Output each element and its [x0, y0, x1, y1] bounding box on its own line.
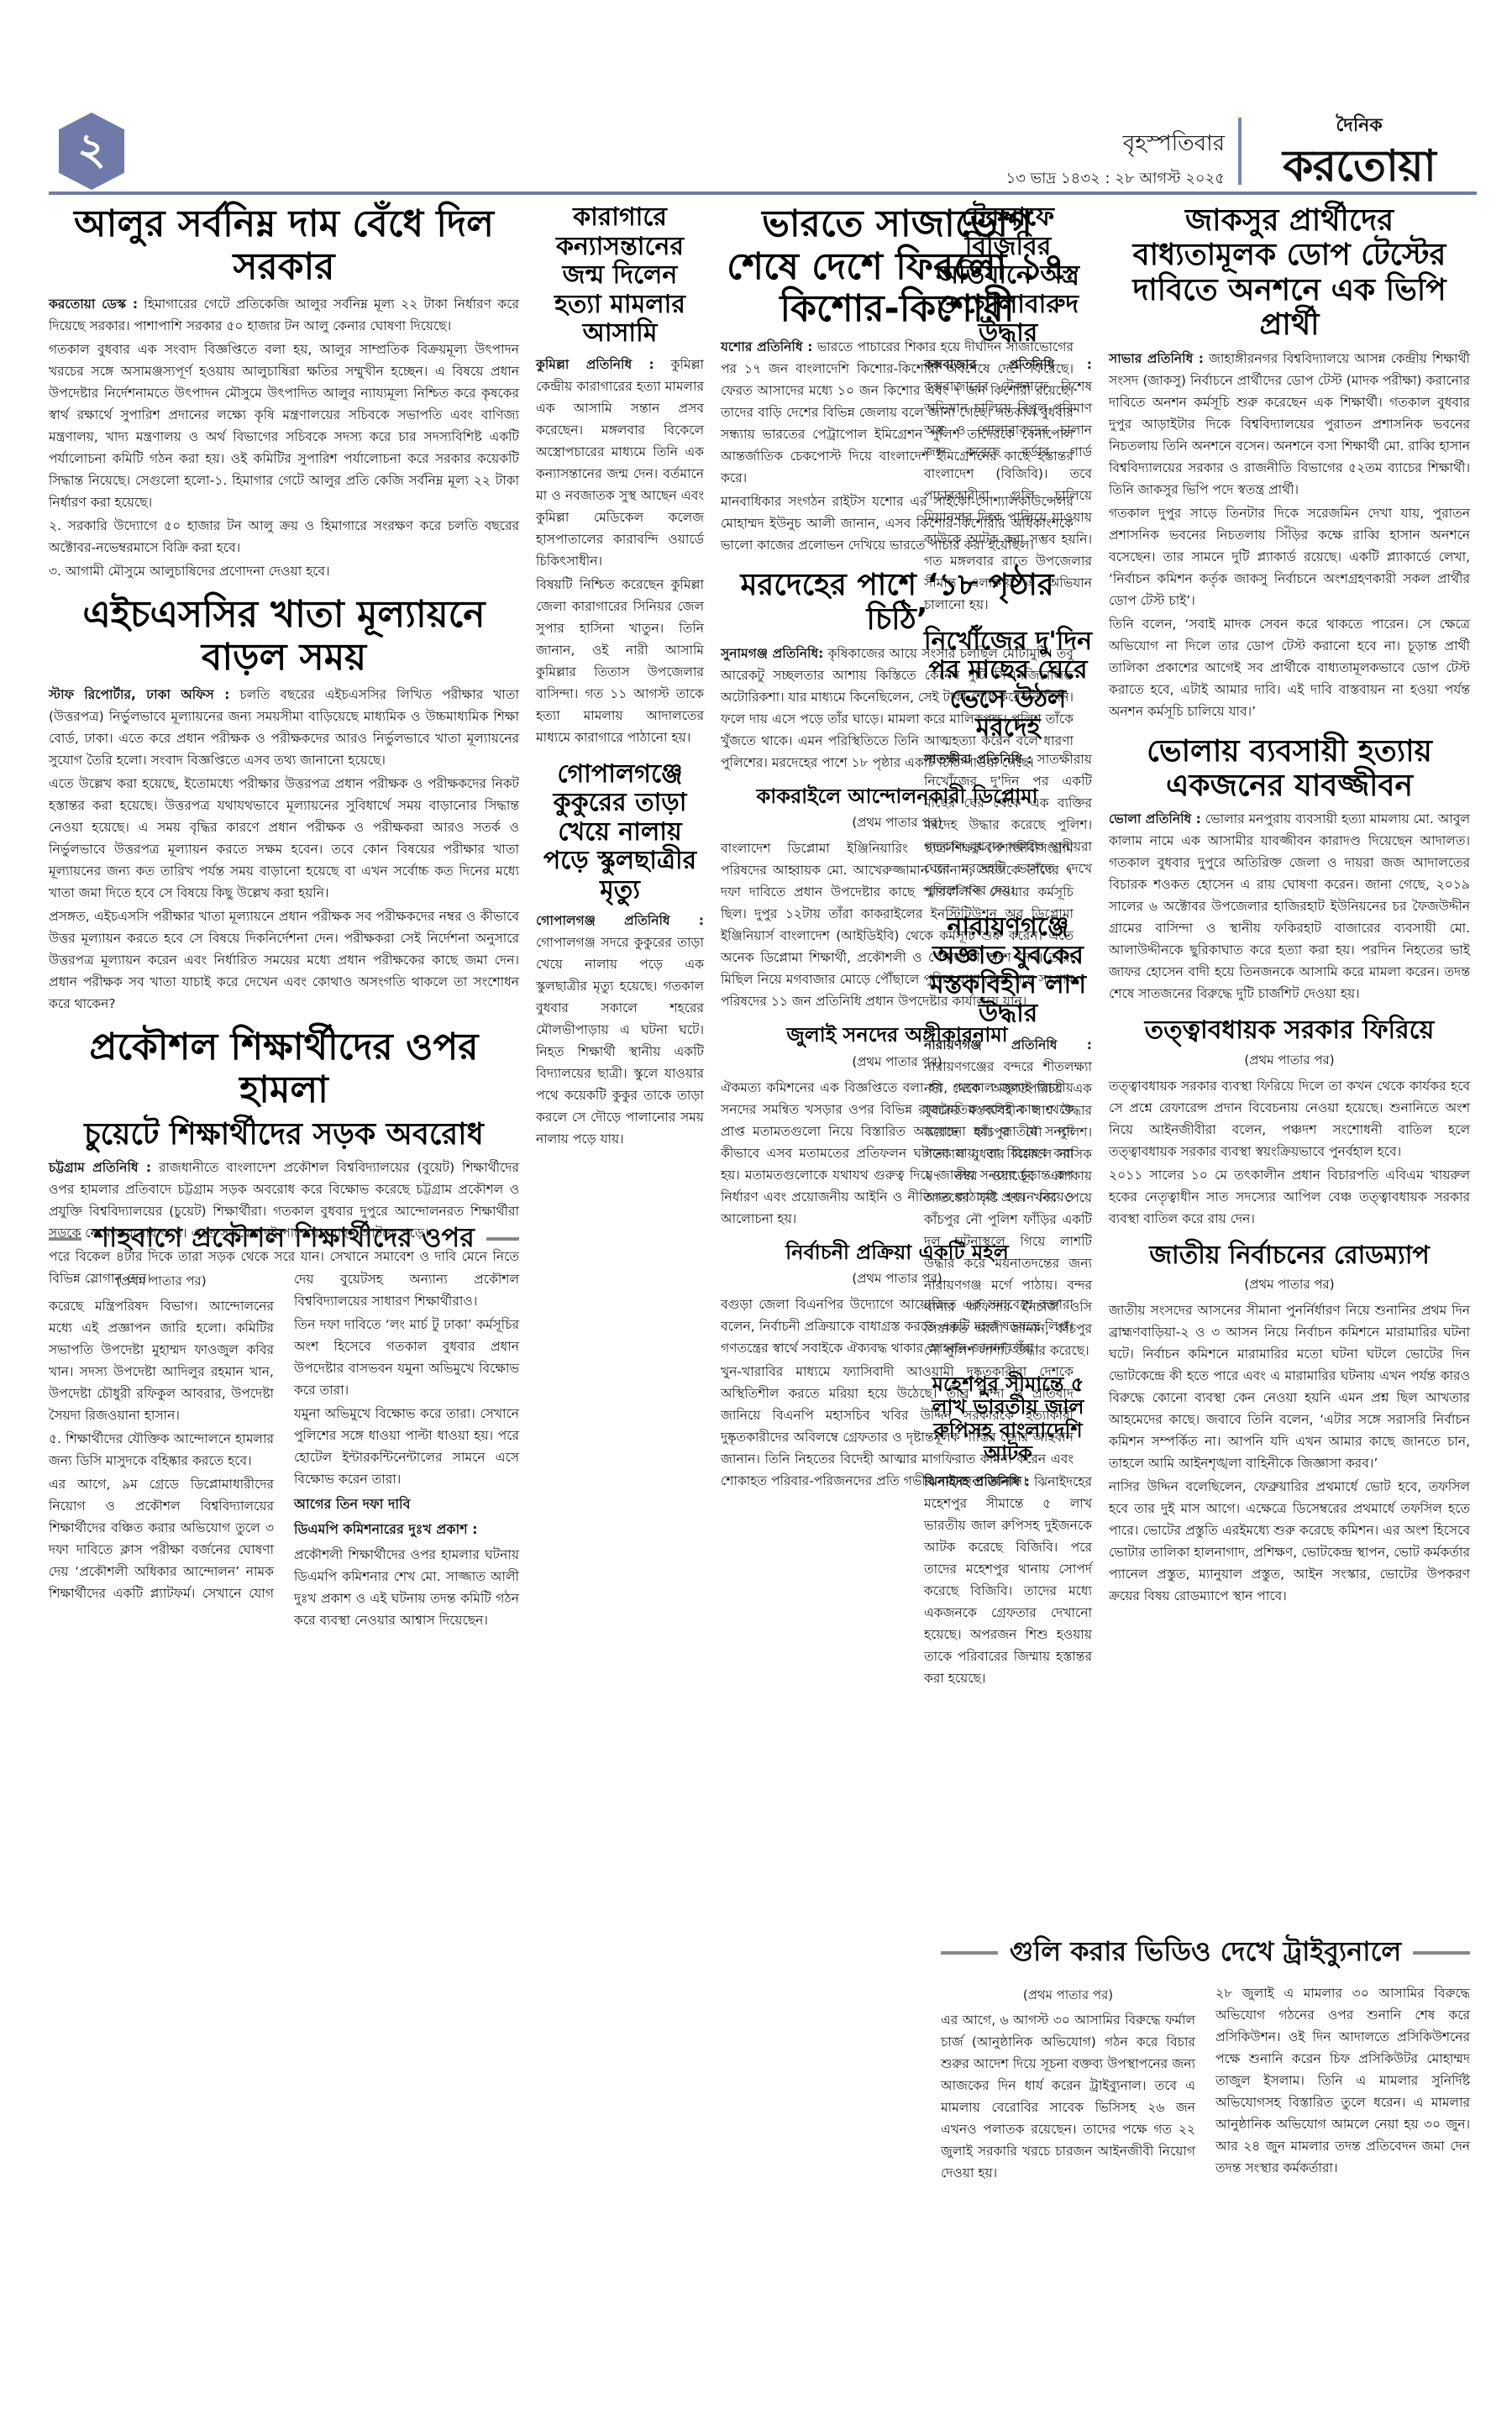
column-2: কারাগারে কন্যাসন্তানের জন্ম দিলেন হত্যা …	[536, 203, 704, 1162]
paragraph: ২৮ জুলাই এ মামলার ৩০ আসামির বিরুদ্ধে অভি…	[1215, 1982, 1470, 2179]
date-block: বৃহস্পতিবার ১৩ ভাদ্র ১৪৩২ : ২৮ আগস্ট ২০২…	[1006, 126, 1225, 192]
column-teknaf: টেকনাফে বিজিবির অভিযানে অস্ত্র ও গোলাবার…	[924, 203, 1092, 1701]
headline: জাতীয় নির্বাচনের রোডম্যাপ	[1109, 1241, 1470, 1271]
byline: করতোয়া ডেস্ক :	[49, 297, 138, 312]
continued-label: (প্রথম পাতার পর)	[49, 1270, 274, 1292]
story-jail-birth: কারাগারে কন্যাসন্তানের জন্ম দিলেন হত্যা …	[536, 203, 704, 748]
headline: তত্ত্বাবধায়ক সরকার ফিরিয়ে	[1109, 1016, 1470, 1046]
masthead-title: করতোয়া	[1250, 142, 1468, 191]
paragraph: গোপালগঞ্জ সদরে কুকুরের তাড়া খেয়ে নালায…	[536, 935, 704, 1147]
byline: নারায়ণগঞ্জ প্রতিনিধি :	[924, 1037, 1092, 1052]
byline: স্টাফ রিপোর্টার, ঢাকা অফিস :	[49, 687, 229, 702]
paragraph: প্রকৌশলী শিক্ষার্থীদের ওপর হামলার ঘটনায়…	[294, 1544, 519, 1631]
paragraph: তিন দফা দাবিতে ‘লং মার্চ টু ঢাকা’ কর্মসূ…	[294, 1314, 519, 1401]
story-potato: আলুর সর্বনিম্ন দাম বেঁধে দিল সরকার করতোয…	[49, 203, 519, 582]
paragraph: নারায়ণগঞ্জের বন্দরে শীতলক্ষ্যা নদী থেকে…	[924, 1059, 1092, 1358]
headline: নির্খোঁজের দু'দিন পর মাছের ঘেরে ভেসে উঠল…	[924, 627, 1092, 743]
byline: ঝিনাইদহ প্রতিনিধি :	[924, 1474, 1030, 1489]
paragraph: জাহাঙ্গীরনগর বিশ্ববিদ্যালয়ে আসন্ন কেন্দ…	[1109, 351, 1470, 497]
continued-label: (প্রথম পাতার পর)	[1109, 1051, 1470, 1072]
headline: প্রকৌশল শিক্ষার্থীদের ওপর হামলা	[49, 1026, 519, 1111]
paragraph: ঝিনাইদহের মহেশপুর সীমান্তে ৫ লাখ ভারতীয়…	[924, 1474, 1092, 1686]
masthead-small: দৈনিক	[1250, 111, 1468, 142]
paragraph: নাসির উদ্দিন বলেছিলেন, ফেব্রুয়ারির প্রথ…	[1109, 1476, 1470, 1607]
headline: গুলি করার ভিডিও দেখে ট্রাইব্যুনালে	[1010, 1930, 1402, 1976]
paragraph: যমুনা অভিমুখে বিক্ষোভ করে তারা। সেখানে প…	[294, 1403, 519, 1490]
column-right: জাকসুর প্রার্থীদের বাধ্যতামূলক ডোপ টেস্ট…	[1109, 203, 1470, 1619]
headline: ভোলায় ব্যবসায়ী হত্যায় একজনের যাবজ্জীব…	[1109, 734, 1470, 804]
paragraph: জাতীয় সংসদের আসনের সীমানা পুনর্নির্ধারণ…	[1109, 1299, 1470, 1474]
story-bhola: ভোলায় ব্যবসায়ী হত্যায় একজনের যাবজ্জীব…	[1109, 734, 1470, 1005]
paragraph: ২. সরকারি উদ্যোগে ৫০ হাজার টন আলু ক্রয় …	[49, 515, 519, 559]
paragraph: গতকাল দুপুর সাড়ে তিনটার দিকে সরেজমিন দে…	[1109, 502, 1470, 611]
headline: শাহবাগে প্রকৌশল শিক্ষার্থীদের ওপর	[93, 1216, 475, 1262]
paragraph: সাতক্ষীরায় নিখোঁজের দু'দিন পর একটি মাছে…	[924, 752, 1092, 898]
headline-rule-right	[486, 1237, 519, 1241]
story-fish-death: নির্খোঁজের দু'দিন পর মাছের ঘেরে ভেসে উঠল…	[924, 627, 1092, 901]
headline: টেকনাফে বিজিবির অভিযানে অস্ত্র ও গোলাবার…	[924, 203, 1092, 349]
story-shahbag: শাহবাগে প্রকৌশল শিক্ষার্থীদের ওপর (প্রথম…	[49, 1210, 519, 1631]
paragraph: ৫. শিক্ষার্থীদের যৌক্তিক আন্দোলনে হামলার…	[49, 1428, 274, 1472]
banner-headline: শাহবাগে প্রকৌশল শিক্ষার্থীদের ওপর	[49, 1216, 519, 1262]
byline: সাভার প্রতিনিধি :	[1109, 351, 1204, 366]
subheading: আগের তিন দফা দাবি	[294, 1493, 519, 1515]
headline: গোপালগঞ্জে কুকুরের তাড়া খেয়ে নালায় পড…	[536, 760, 704, 905]
story-caretaker: তত্ত্বাবধায়ক সরকার ফিরিয়ে (প্রথম পাতার…	[1109, 1016, 1470, 1230]
story-tribunal: গুলি করার ভিডিও দেখে ট্রাইব্যুনালে (প্রথ…	[941, 1924, 1470, 2184]
paragraph: তত্ত্বাবধায়ক সরকার ব্যবস্থা ফিরিয়ে দিল…	[1109, 1075, 1470, 1163]
story-narayanganj: নারায়ণগঞ্জে অজ্ঞাত যুবকের মস্তকবিহীন লা…	[924, 913, 1092, 1362]
subheading: ডিএমপি কমিশনারের দুঃখ প্রকাশ :	[294, 1519, 519, 1540]
paragraph: তিনি বলেন, ‘সবাই মাদক সেবন করে থাকতে পার…	[1109, 613, 1470, 722]
header-rule	[49, 192, 1477, 195]
story-roadmap: জাতীয় নির্বাচনের রোডম্যাপ (প্রথম পাতার …	[1109, 1241, 1470, 1608]
newspaper-page: ২ বৃহস্পতিবার ১৩ ভাদ্র ১৪৩২ : ২৮ আগস্ট ২…	[49, 109, 1477, 193]
continued-label: (প্রথম পাতার পর)	[1109, 1275, 1470, 1296]
paragraph: ভোলার মনপুরায় ব্যবসায়ী হত্যা মামলায় ম…	[1109, 811, 1470, 1001]
headline-rule-left	[941, 1951, 998, 1955]
byline: চট্টগ্রাম প্রতিনিধি :	[49, 1160, 151, 1175]
weekday: বৃহস্পতিবার	[1006, 126, 1225, 163]
column-1: আলুর সর্বনিম্ন দাম বেঁধে দিল সরকার করতোয…	[49, 203, 519, 1301]
story-maheshpur: মহেশপুর সীমান্তে ৫ লাখ ভারতীয় জাল রুপিস…	[924, 1373, 1092, 1689]
headline-rule-left	[49, 1237, 81, 1241]
issue-date: ১৩ ভাদ্র ১৪৩২ : ২৮ আগস্ট ২০২৫	[1006, 166, 1225, 192]
header-divider	[1238, 118, 1242, 185]
paragraph: প্রসঙ্গত, এইচএসসি পরীক্ষার খাতা মূল্যায়…	[49, 905, 519, 1015]
paragraph: গতকাল বুধবার এক সংবাদ বিজ্ঞপ্তিতে বলা হয…	[49, 339, 519, 513]
paragraph: বিষয়টি নিশ্চিত করেছেন কুমিল্লা জেলা কার…	[536, 574, 704, 748]
story-dog-death: গোপালগঞ্জে কুকুরের তাড়া খেয়ে নালায় পড…	[536, 760, 704, 1151]
byline: যশোর প্রতিনিধি :	[721, 339, 812, 354]
headline: কারাগারে কন্যাসন্তানের জন্ম দিলেন হত্যা …	[536, 203, 704, 349]
page-number-badge: ২	[59, 113, 124, 190]
byline: কক্সবাজার প্রতিনিধি :	[924, 357, 1092, 372]
headline: জাকসুর প্রার্থীদের বাধ্যতামূলক ডোপ টেস্ট…	[1109, 203, 1470, 343]
byline: সাতক্ষীরা প্রতিনিধি :	[924, 752, 1032, 767]
paragraph: কক্সবাজারের টেকনাফে বিশেষ অভিযান চালিয়ে…	[924, 379, 1092, 612]
byline: ভোলা প্রতিনিধি :	[1109, 811, 1201, 827]
headline: আলুর সর্বনিম্ন দাম বেঁধে দিল সরকার	[49, 203, 519, 288]
byline: কুমিল্লা প্রতিনিধি :	[536, 357, 654, 372]
paragraph: কুমিল্লা কেন্দ্রীয় কারাগারের হত্যা মামল…	[536, 357, 704, 569]
paragraph: এতে উল্লেখ করা হয়েছে, ইতোমধ্যে পরীক্ষার…	[49, 773, 519, 904]
headline: মহেশপুর সীমান্তে ৫ লাখ ভারতীয় জাল রুপিস…	[924, 1373, 1092, 1466]
banner-headline: গুলি করার ভিডিও দেখে ট্রাইব্যুনালে	[941, 1930, 1470, 1976]
paragraph: এর আগে, ৬ আগস্ট ৩০ আসামির বিরুদ্ধে ফর্মা…	[941, 2009, 1195, 2184]
paragraph: ২০১১ সালের ১০ মে তৎকালীন প্রধান বিচারপতি…	[1109, 1164, 1470, 1230]
story-teknaf: টেকনাফে বিজিবির অভিযানে অস্ত্র ও গোলাবার…	[924, 203, 1092, 616]
story-hsc: এইচএসসির খাতা মূল্যায়নে বাড়ল সময় স্টা…	[49, 594, 519, 1015]
sub-headline: চুয়েটে শিক্ষার্থীদের সড়ক অবরোধ	[49, 1117, 519, 1152]
byline: গোপালগঞ্জ প্রতিনিধি :	[536, 913, 704, 928]
headline-rule-right	[1413, 1951, 1470, 1955]
continued-label: (প্রথম পাতার পর)	[941, 1984, 1195, 2006]
story-jucsu: জাকসুর প্রার্থীদের বাধ্যতামূলক ডোপ টেস্ট…	[1109, 203, 1470, 722]
byline: সুনামগঞ্জ প্রতিনিধি:	[721, 646, 823, 661]
headline: এইচএসসির খাতা মূল্যায়নে বাড়ল সময়	[49, 594, 519, 679]
paragraph: করেছে মন্ত্রিপরিষদ বিভাগ। আন্দোলনের মধ্য…	[49, 1295, 274, 1426]
page-header: ২ বৃহস্পতিবার ১৩ ভাদ্র ১৪৩২ : ২৮ আগস্ট ২…	[49, 109, 1477, 193]
headline: নারায়ণগঞ্জে অজ্ঞাত যুবকের মস্তকবিহীন লা…	[924, 913, 1092, 1029]
masthead-logo[interactable]: দৈনিক করতোয়া	[1250, 111, 1468, 191]
paragraph: ৩. আগামী মৌসুমে আলুচাষিদের প্রণোদনা দেওয…	[49, 560, 519, 582]
